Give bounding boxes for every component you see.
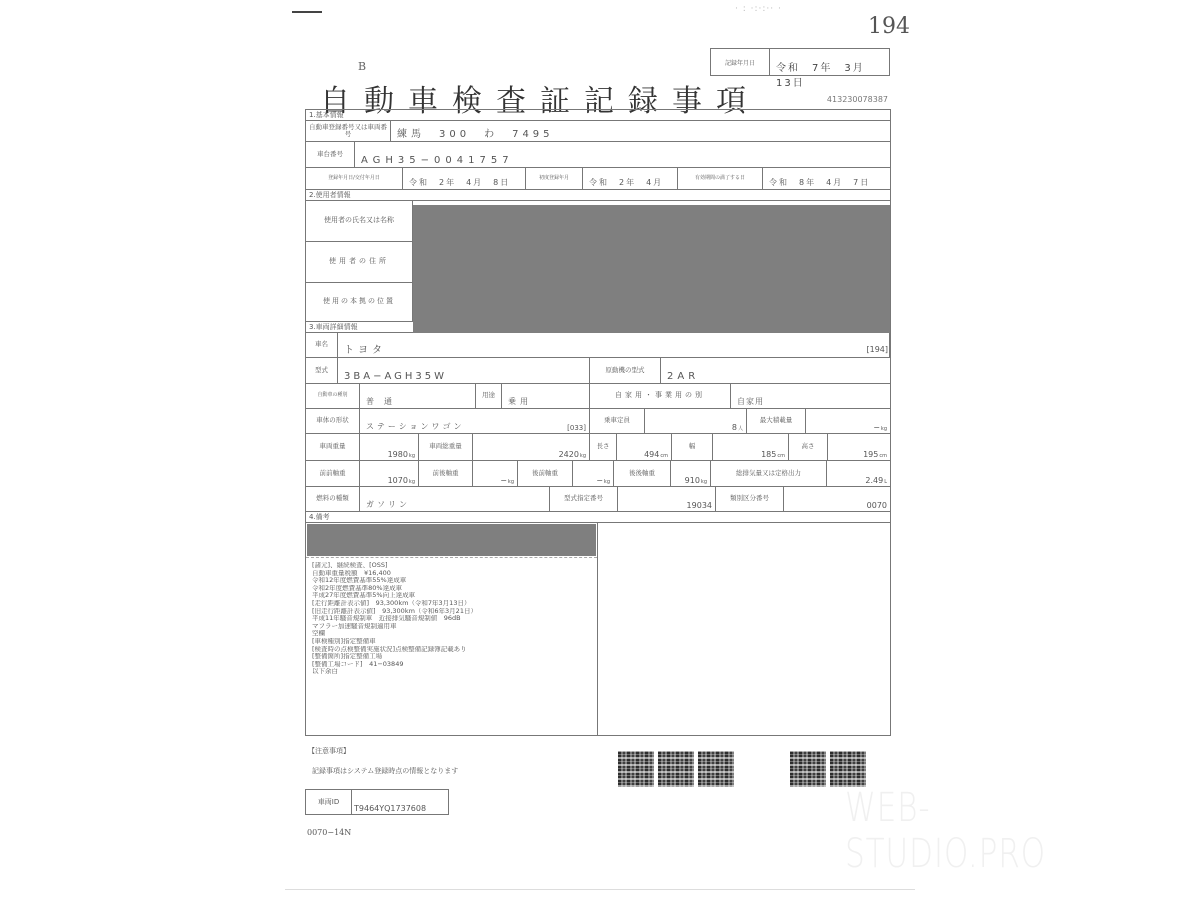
body-row: 車体の形状 ステーションワゴン [033] 乗車定員 8人 最大積載量 −kg [306, 409, 890, 434]
record-date-label: 記録年月日 [711, 49, 770, 75]
max-load-cell: −kg [806, 409, 890, 433]
width-cell: 185cm [713, 434, 789, 460]
remarks-line: 空欄 [312, 630, 591, 638]
qr-code-icon [830, 751, 866, 787]
engine-label: 原動機の型式 [590, 358, 661, 383]
user-name-label: 使用者の氏名又は名称 [306, 201, 412, 242]
displacement-label: 総排気量又は定格出力 [711, 461, 827, 486]
private-value: 自家用 [731, 384, 890, 408]
width-value: 185 [761, 450, 776, 459]
registration-row: 自動車登録番号又は車両番号 練馬 300 わ 7495 [306, 121, 890, 142]
height-label: 高さ [789, 434, 828, 460]
maker-code: [194] [866, 345, 888, 354]
first-reg-label: 登録年月日/交付年月日 [306, 168, 403, 189]
rf-axle-value: − [596, 476, 603, 485]
length-label: 長さ [590, 434, 617, 460]
vehicle-id-label: 車両ID [306, 790, 352, 814]
height-unit: cm [879, 453, 887, 459]
capacity-label: 乗車定員 [590, 409, 645, 433]
remarks-line: マフラー加速騒音規制適用車 [312, 623, 591, 631]
first-year-label: 初度登録年月 [526, 168, 583, 189]
displacement-cell: 2.49L [827, 461, 890, 486]
chassis-row: 車台番号 AGH35−0041757 [306, 142, 890, 168]
document-page: · : ·:·:·· · 194 B 自動車検査証記録事項 記録年月日 令和 7… [0, 0, 1200, 900]
rr-axle-cell: 910kg [671, 461, 711, 486]
length-value: 494 [644, 450, 659, 459]
body-value: ステーションワゴン [366, 421, 465, 432]
remarks-line: 平成27年度燃費基準5%向上達成車 [312, 592, 591, 600]
rf-axle-label: 後前軸重 [518, 461, 573, 486]
capacity-cell: 8人 [645, 409, 747, 433]
section-basic-header: 1.基本情報 [306, 110, 890, 121]
model-row: 型式 3BA−AGH35W 原動機の型式 2AR [306, 358, 890, 384]
displacement-value: 2.49 [865, 476, 883, 485]
watermark: WEB-STUDIO.PRO [845, 785, 1122, 877]
ff-axle-label: 前前軸重 [306, 461, 360, 486]
model-value: 3BA−AGH35W [338, 358, 590, 383]
pen-mark [292, 11, 322, 13]
use-label: 用途 [476, 384, 502, 408]
max-load-unit: kg [881, 426, 887, 432]
type-label: 自動車の種別 [306, 384, 360, 408]
remarks-line: [諸元]、継続検査、[OSS] [312, 562, 591, 570]
length-cell: 494cm [617, 434, 672, 460]
height-value: 195 [863, 450, 878, 459]
rf-axle-cell: −kg [573, 461, 614, 486]
qr-code-icon [658, 751, 694, 787]
ff-axle-value: 1070 [388, 476, 408, 485]
fr-axle-label: 前後軸重 [419, 461, 473, 486]
record-date-box: 記録年月日 令和 7年 3月 13日 [710, 48, 890, 76]
user-address-label: 使用者の住所 [306, 242, 412, 283]
rr-axle-unit: kg [701, 479, 707, 485]
user-info-block: 使用者の氏名又は名称 使用者の住所 使用の本拠の位置 [306, 201, 890, 322]
width-label: 幅 [672, 434, 713, 460]
remarks-line: 自動車重量税額 ¥16,400 [312, 570, 591, 578]
axle-row: 前前軸重 1070kg 前後軸重 −kg 後前軸重 −kg 後後軸重 910kg… [306, 461, 890, 487]
remarks-left: [諸元]、継続検査、[OSS]自動車重量税額 ¥16,400令和12年度燃費基準… [306, 523, 598, 735]
section-user-header: 2.使用者情報 [306, 190, 890, 201]
displacement-unit: L [884, 479, 887, 485]
footer-code: 0070−14N [307, 828, 351, 837]
length-unit: cm [660, 453, 668, 459]
registration-value: 練馬 300 わ 7495 [391, 121, 890, 141]
fr-axle-cell: −kg [473, 461, 518, 486]
weight-cell: 1980kg [360, 434, 419, 460]
chassis-value: AGH35−0041757 [355, 142, 890, 167]
gross-label: 車両総重量 [419, 434, 473, 460]
engine-value: 2AR [661, 358, 890, 383]
remarks-line: [検査時の点検整備実施状況]点検整備記録簿記載あり [312, 646, 591, 654]
gross-value: 2420 [559, 450, 579, 459]
remarks-right [598, 523, 890, 735]
capacity-unit: 人 [738, 425, 743, 432]
notes-text: 記録事項はシステム登録時点の情報となります [312, 766, 458, 776]
expiry-label: 有効期間の満了する日 [678, 168, 763, 189]
user-labels: 使用者の氏名又は名称 使用者の住所 使用の本拠の位置 [306, 201, 413, 321]
type-designation-value: 19034 [618, 487, 716, 511]
document-number: 413230078387 [800, 95, 888, 104]
model-label: 型式 [306, 358, 338, 383]
qr-code-icon [618, 751, 654, 787]
max-load-label: 最大積載量 [747, 409, 806, 433]
vehicle-id-box: 車両ID T9464YQ1737608 [305, 789, 449, 815]
first-year-value: 令和 2年 4月 [583, 168, 678, 189]
maker-value: トヨタ [338, 333, 890, 357]
body-label: 車体の形状 [306, 409, 360, 433]
fuel-value: ガソリン [360, 487, 550, 511]
remarks-line: [走行距離計表示値] 93,300km（令和7年3月13日） [312, 600, 591, 608]
category-value: 0070 [784, 487, 890, 511]
private-label: 自家用・事業用の別 [590, 384, 731, 408]
remarks-line: [旧走行距離計表示値] 93,300km（令和6年3月21日） [312, 608, 591, 616]
weight-label: 車両重量 [306, 434, 360, 460]
gross-unit: kg [580, 453, 586, 459]
rf-axle-unit: kg [604, 479, 610, 485]
qr-code-group-right [790, 751, 866, 787]
body-cell: ステーションワゴン [033] [360, 409, 590, 433]
vehicle-id-value: T9464YQ1737608 [352, 790, 448, 814]
maker-row: 車名 トヨタ [194] [306, 333, 890, 358]
remarks-line: [車検種別]指定整備車 [312, 638, 591, 646]
record-date-value: 令和 7年 3月 13日 [770, 49, 889, 75]
ff-axle-unit: kg [409, 479, 415, 485]
first-reg-value: 令和 2年 4月 8日 [403, 168, 526, 189]
certificate-form: 1.基本情報 自動車登録番号又は車両番号 練馬 300 わ 7495 車台番号 … [305, 109, 891, 736]
section-remarks-header: 4.備考 [306, 512, 890, 523]
weight-unit: kg [409, 453, 415, 459]
remarks-line: 平成11年騒音規制車 近接排気騒音規制値 96dB [312, 615, 591, 623]
redacted-user-info [413, 205, 890, 333]
maker-label: 車名 [306, 333, 338, 357]
notes-header: 【注意事項】 [308, 746, 350, 756]
dates-row: 登録年月日/交付年月日 令和 2年 4月 8日 初度登録年月 令和 2年 4月 … [306, 168, 890, 190]
remarks-line: [整備箇所]指定整備工場 [312, 653, 591, 661]
ff-axle-cell: 1070kg [360, 461, 419, 486]
redacted-remarks [307, 524, 596, 556]
scan-edge-line [285, 889, 915, 890]
qr-code-icon [698, 751, 734, 787]
width-unit: cm [777, 453, 785, 459]
capacity-value: 8 [732, 423, 737, 432]
remarks-line: [整備工場コード] 41−03849 [312, 661, 591, 669]
handwritten-number: 194 [868, 14, 910, 39]
max-load-value: − [873, 423, 880, 432]
weight-row: 車両重量 1980kg 車両総重量 2420kg 長さ 494cm 幅 185c… [306, 434, 890, 461]
body-code: [033] [567, 424, 586, 432]
registration-label: 自動車登録番号又は車両番号 [306, 121, 391, 141]
qr-code-icon [790, 751, 826, 787]
rr-axle-value: 910 [685, 476, 700, 485]
gross-cell: 2420kg [473, 434, 590, 460]
type-value: 普通 [360, 384, 476, 408]
qr-code-group-left [618, 751, 734, 787]
height-cell: 195cm [828, 434, 890, 460]
fr-axle-unit: kg [508, 479, 514, 485]
rr-axle-label: 後後軸重 [614, 461, 671, 486]
remarks-line: 令和2年度燃費基準80%達成車 [312, 585, 591, 593]
weight-value: 1980 [388, 450, 408, 459]
use-value: 乗用 [502, 384, 590, 408]
fr-axle-value: − [500, 476, 507, 485]
remarks-block: [諸元]、継続検査、[OSS]自動車重量税額 ¥16,400令和12年度燃費基準… [306, 523, 890, 735]
base-location-label: 使用の本拠の位置 [306, 283, 412, 321]
expiry-value: 令和 8年 4月 7日 [763, 168, 890, 189]
faded-stamp: · : ·:·:·· · [735, 4, 782, 14]
chassis-label: 車台番号 [306, 142, 355, 167]
remarks-lines: [諸元]、継続検査、[OSS]自動車重量税額 ¥16,400令和12年度燃費基準… [306, 557, 597, 676]
remarks-line: 令和12年度燃費基準55%達成車 [312, 577, 591, 585]
type-row: 自動車の種別 普通 用途 乗用 自家用・事業用の別 自家用 [306, 384, 890, 409]
fuel-row: 燃料の種類 ガソリン 型式指定番号 19034 類別区分番号 0070 [306, 487, 890, 512]
fuel-label: 燃料の種類 [306, 487, 360, 511]
type-designation-label: 型式指定番号 [550, 487, 618, 511]
remarks-line: 以下余白 [312, 668, 591, 676]
marker-letter: B [358, 60, 366, 73]
category-label: 類別区分番号 [716, 487, 784, 511]
